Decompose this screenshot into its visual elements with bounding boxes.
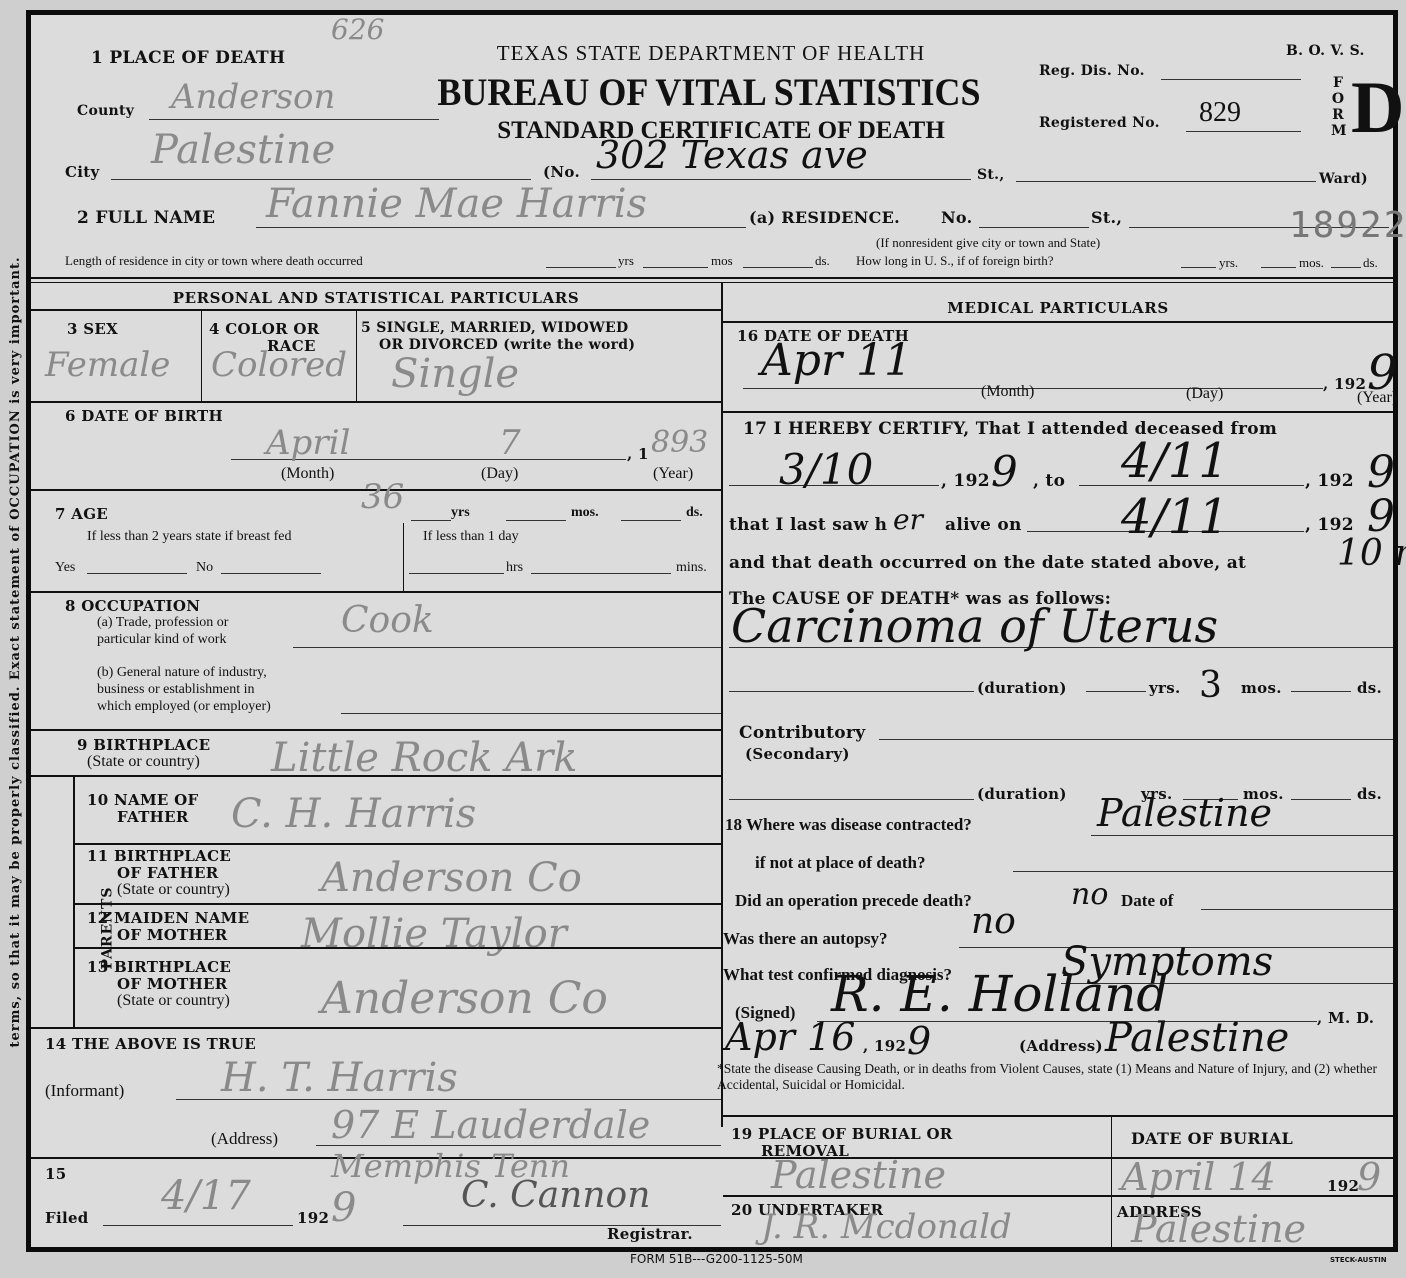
divider — [75, 947, 721, 949]
death-time: 10 m — [1337, 533, 1406, 574]
bureau-title: BUREAU OF VITAL STATISTICS — [389, 69, 1029, 115]
undertaker-value: J. R. Mcdonald — [761, 1207, 1012, 1247]
divider — [31, 401, 721, 403]
age-ds-line — [621, 520, 681, 521]
street-line — [591, 179, 971, 180]
ward-label: Ward) — [1319, 171, 1368, 187]
street-no-label: (No. — [543, 163, 580, 181]
attended-to-date: 4/11 — [1121, 433, 1229, 489]
form-letter-r: R — [1331, 107, 1345, 123]
alive-year-prefix: , 192 — [1305, 515, 1354, 535]
dod-value: Apr 11 — [761, 335, 912, 386]
ward-line — [1016, 181, 1316, 182]
dod-month-caption: (Month) — [981, 383, 1034, 401]
age-mos-line — [506, 520, 566, 521]
age-value: 36 — [361, 477, 404, 517]
autopsy-label: Was there an autopsy? — [723, 929, 888, 949]
color-value: Colored — [211, 345, 347, 385]
divider — [75, 843, 721, 845]
burial-place-value: Palestine — [771, 1153, 946, 1197]
dod-day-caption: (Day) — [1186, 385, 1223, 403]
hrs-label: hrs — [506, 560, 523, 576]
no-label: No — [196, 560, 213, 576]
sec-ds-label: ds. — [1357, 785, 1382, 803]
full-name-label: 2 FULL NAME — [77, 208, 215, 228]
divider — [31, 729, 721, 731]
form-code: FORM 51B---G200-1125-50M — [630, 1252, 803, 1266]
line-mos2 — [1261, 267, 1296, 268]
from-year: 9 — [991, 447, 1018, 496]
occ-b-label-2: business or establishment in — [97, 682, 255, 698]
mother-name-value: Mollie Taylor — [301, 911, 567, 957]
attended-from-date: 3/10 — [779, 445, 873, 494]
sign-address-value: Palestine — [1105, 1015, 1289, 1061]
line-mos — [643, 267, 708, 268]
month-caption: (Month) — [281, 465, 334, 483]
from-year-prefix: , 192 — [941, 471, 990, 491]
department-title: TEXAS STATE DEPARTMENT OF HEALTH — [441, 41, 981, 66]
informant-value: H. T. Harris — [221, 1055, 458, 1101]
alive-on-label: alive on — [945, 515, 1022, 535]
dob-label: 6 DATE OF BIRTH — [65, 407, 223, 425]
yrs2-label: yrs. — [1219, 255, 1238, 271]
divider — [31, 775, 721, 777]
medical-heading: MEDICAL PARTICULARS — [723, 299, 1393, 317]
date-of-line — [1201, 909, 1393, 910]
father-birthplace-label: 11 BIRTHPLACE — [87, 847, 231, 865]
occ-b-line — [341, 713, 721, 714]
sec-duration-line — [729, 799, 974, 800]
date-of-label: Date of — [1121, 891, 1173, 911]
st-label: St., — [977, 167, 1005, 183]
dur-mos-value: 3 — [1199, 665, 1222, 706]
place-of-death-label: 1 PLACE OF DEATH — [91, 48, 285, 68]
breast-fed-label: If less than 2 years state if breast fed — [87, 529, 291, 545]
divider — [75, 903, 721, 905]
county-line — [149, 119, 439, 120]
reg-dis-field[interactable] — [1161, 79, 1301, 80]
divider — [1111, 1117, 1112, 1247]
to-year-prefix: , 192 — [1305, 471, 1354, 491]
personal-heading: PERSONAL AND STATISTICAL PARTICULARS — [31, 289, 721, 307]
bovs-label: B. O. V. S. — [1286, 43, 1365, 59]
father-label-2: FATHER — [117, 808, 189, 826]
alive-date: 4/11 — [1121, 489, 1229, 545]
occ-a-label-1: (a) Trade, profession or — [97, 615, 228, 631]
father-name-label: 10 NAME OF — [87, 791, 198, 809]
yrs-label: yrs — [618, 253, 634, 269]
reg-dis-label: Reg. Dis. No. — [1039, 63, 1145, 79]
contributory-line — [879, 739, 1393, 740]
mos-label: mos — [711, 253, 733, 269]
county-value: Anderson — [171, 77, 335, 117]
residence-label: (a) RESIDENCE. — [749, 208, 900, 227]
pencil-number: 626 — [331, 13, 384, 46]
registrar-signature: C. Cannon — [461, 1175, 650, 1216]
burial-date-label: DATE OF BURIAL — [1131, 1129, 1293, 1148]
divider — [31, 1027, 721, 1029]
printer-mark: STECK-AUSTIN — [1330, 1256, 1387, 1264]
burial-date-value: April 14 — [1121, 1155, 1276, 1199]
mother-bp-label-2: OF MOTHER — [117, 975, 228, 993]
age-label: 7 AGE — [55, 505, 108, 523]
dob-year-prefix: , 1 — [627, 445, 649, 463]
father-name-value: C. H. Harris — [231, 791, 476, 837]
burial-year: 9 — [1357, 1155, 1381, 1199]
divider — [31, 282, 1393, 283]
informant-label: (Informant) — [45, 1081, 124, 1101]
city-label: City — [65, 163, 99, 181]
divider — [31, 309, 721, 311]
not-place-label: if not at place of death? — [755, 853, 925, 873]
sex-value: Female — [45, 345, 170, 385]
cause-value: Carcinoma of Uterus — [731, 599, 1218, 653]
age-ds-label: ds. — [686, 505, 703, 521]
last-saw-fill: er — [893, 503, 923, 536]
stamp-number: 18922 — [1289, 205, 1406, 246]
form-letter-f: F — [1331, 75, 1345, 91]
residence-no-line — [979, 227, 1089, 228]
informant-address-label: (Address) — [211, 1129, 278, 1149]
mother-birthplace-value: Anderson Co — [321, 973, 608, 1024]
age-mos-label: mos. — [571, 505, 599, 521]
filed-value: 4/17 — [161, 1173, 251, 1219]
occ-a-label-2: particular kind of work — [97, 632, 226, 648]
secondary-label: (Secondary) — [745, 745, 850, 763]
last-saw-label: that I last saw h — [729, 515, 887, 535]
mother-label-2: OF MOTHER — [117, 926, 228, 944]
foreign-birth-label: How long in U. S., if of foreign birth? — [856, 253, 1054, 269]
ds-label: ds. — [815, 253, 830, 269]
sign-year-prefix: , 192 — [863, 1037, 906, 1055]
form-d-letter: D — [1351, 71, 1404, 145]
day-caption: (Day) — [481, 465, 518, 483]
ds2-label: ds. — [1363, 255, 1378, 271]
residence-st-label: St., — [1091, 208, 1122, 227]
full-name-value: Fannie Mae Harris — [266, 181, 647, 227]
dob-month: April — [266, 423, 350, 463]
line-yrs2 — [1181, 267, 1216, 268]
county-label: County — [77, 103, 134, 119]
filed-number: 15 — [45, 1165, 66, 1183]
occ-b-label-3: which employed (or employer) — [97, 699, 271, 715]
form-vertical-label: F O R M — [1331, 75, 1345, 139]
nonresident-note: (If nonresident give city or town and St… — [876, 235, 1100, 251]
street-value: 302 Texas ave — [596, 133, 868, 177]
birthplace-label: 9 BIRTHPLACE — [77, 736, 210, 754]
yes-label: Yes — [55, 560, 75, 576]
divider — [723, 1195, 1393, 1197]
mother-birthplace-label: 13 BIRTHPLACE — [87, 958, 231, 976]
father-bp-label-2: OF FATHER — [117, 864, 218, 882]
mother-name-label: 12 MAIDEN NAME — [87, 909, 249, 927]
filed-label: Filed — [45, 1209, 89, 1227]
dur-yrs-line — [1086, 691, 1146, 692]
occupation-value: Cook — [341, 600, 434, 641]
occ-b-label-1: (b) General nature of industry, — [97, 665, 267, 681]
registered-underline — [1186, 131, 1301, 132]
mins-field[interactable] — [531, 573, 671, 574]
divider — [31, 277, 1393, 279]
dob-year: 893 — [651, 425, 708, 460]
sex-label: 3 SEX — [67, 320, 118, 338]
mother-bp-label-3: (State or country) — [117, 992, 230, 1010]
occupation-label: 8 OCCUPATION — [65, 597, 200, 615]
sign-date: Apr 16 — [725, 1015, 855, 1059]
mins-label: mins. — [676, 560, 707, 576]
line-ds2 — [1331, 267, 1361, 268]
dur-yrs-label: yrs. — [1149, 679, 1181, 697]
registrar-label: Registrar. — [607, 1225, 693, 1243]
marital-value: Single — [391, 351, 519, 397]
line-yrs — [546, 267, 616, 268]
dur-mos-label: mos. — [1241, 679, 1282, 697]
residence-no-label: No. — [941, 208, 973, 227]
md-label: , M. D. — [1317, 1009, 1374, 1027]
not-place-line — [1013, 871, 1393, 872]
divider — [31, 591, 721, 593]
no-field[interactable] — [221, 573, 321, 574]
sign-address-label: (Address) — [1019, 1037, 1103, 1055]
length-residence-label: Length of residence in city or town wher… — [65, 253, 363, 269]
contributory-label: Contributory — [739, 723, 865, 743]
dur-ds-line — [1291, 691, 1351, 692]
operation-value: no — [1071, 877, 1108, 912]
father-birthplace-value: Anderson Co — [321, 855, 582, 901]
age-yrs-label: yrs — [451, 505, 470, 521]
sec-duration-label: (duration) — [977, 785, 1067, 803]
divider — [403, 523, 404, 591]
undertaker-address-value: Palestine — [1131, 1207, 1306, 1251]
yes-field[interactable] — [87, 573, 187, 574]
registered-value: 829 — [1199, 97, 1241, 129]
dur-ds-label: ds. — [1357, 679, 1382, 697]
center-divider — [721, 283, 723, 1127]
registered-label: Registered No. — [1039, 115, 1160, 131]
divider — [356, 311, 357, 401]
filed-line — [103, 1225, 293, 1226]
less-day-label: If less than 1 day — [423, 529, 519, 545]
burial-place-label: 19 PLACE OF BURIAL OR — [731, 1125, 953, 1143]
filed-year: 9 — [331, 1185, 356, 1231]
contracted-label: 18 Where was disease contracted? — [725, 815, 972, 835]
year-caption: (Year) — [653, 465, 693, 483]
hrs-field[interactable] — [409, 573, 504, 574]
dod-year-caption: (Year) — [1357, 389, 1397, 407]
to-label: , to — [1033, 471, 1065, 491]
sec-ds-line — [1291, 799, 1351, 800]
form-letter-o: O — [1331, 91, 1345, 107]
duration-line — [729, 691, 974, 692]
mos2-label: mos. — [1299, 255, 1324, 271]
color-label: 4 COLOR OR — [209, 320, 320, 338]
line-ds — [743, 267, 813, 268]
full-name-line — [256, 227, 746, 228]
parents-divider — [73, 777, 75, 1027]
divider — [201, 311, 202, 401]
death-certificate: 1 PLACE OF DEATH 626 TEXAS STATE DEPARTM… — [26, 10, 1398, 1252]
operation-label: Did an operation precede death? — [735, 891, 972, 911]
informant-address-value: 97 E Lauderdale — [331, 1103, 650, 1147]
form-letter-m: M — [1331, 123, 1345, 139]
autopsy-value: no — [971, 901, 1016, 942]
marital-label: 5 SINGLE, MARRIED, WIDOWED — [361, 320, 628, 336]
birthplace-sub: (State or country) — [87, 753, 200, 771]
dob-day: 7 — [499, 423, 521, 463]
contracted-value: Palestine — [1097, 791, 1272, 835]
age-line — [411, 520, 451, 521]
city-value: Palestine — [151, 127, 335, 173]
city-line — [111, 179, 531, 180]
filed-year-prefix: 192 — [297, 1209, 329, 1227]
occ-a-line — [293, 647, 721, 648]
above-true-label: 14 THE ABOVE IS TRUE — [45, 1035, 256, 1053]
divider — [723, 1115, 1393, 1117]
duration-label: (duration) — [977, 679, 1067, 697]
father-bp-label-3: (State or country) — [117, 881, 230, 899]
contracted-line — [1091, 835, 1393, 836]
death-occurred-label: and that death occurred on the date stat… — [729, 553, 1246, 573]
divider — [723, 411, 1393, 413]
divider — [723, 321, 1393, 323]
burial-year-prefix: 192 — [1327, 1177, 1359, 1195]
sign-year: 9 — [907, 1019, 931, 1063]
footnote: *State the disease Causing Death, or in … — [717, 1061, 1377, 1093]
